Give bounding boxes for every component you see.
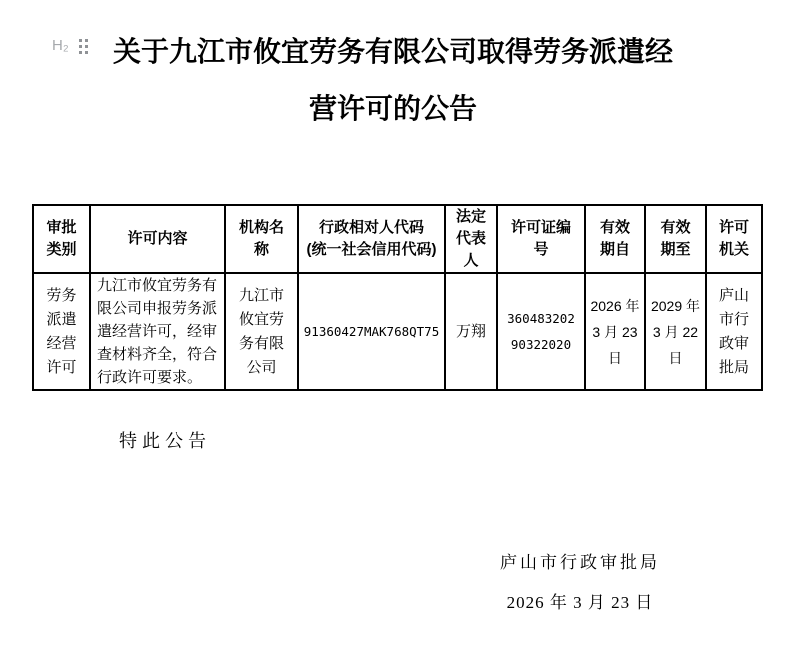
col-header-legal-representative: 法定代表人 (445, 205, 497, 273)
col-header-license-content: 许可内容 (90, 205, 225, 273)
signature-agency: 庐山市行政审批局 (455, 551, 705, 575)
cell-license-no: 36048320290322020 (497, 273, 585, 390)
table-row: 劳务派遣经营许可 九江市攸宜劳务有限公司申报劳务派遣经营许可，经审查材料齐全，符… (33, 273, 762, 390)
cell-valid-from: 2026 年 3 月 23 日 (585, 273, 645, 390)
table-header-row: 审批类别 许可内容 机构名称 行政相对人代码 (统一社会信用代码) 法定代表人 … (33, 205, 762, 273)
cell-org-name: 九江市攸宜劳务有限公司 (225, 273, 298, 390)
col-header-license-no: 许可证编号 (497, 205, 585, 273)
closing-statement: 特此公告 (119, 427, 211, 453)
cell-credit-code: 91360427MAK768QT75 (298, 273, 445, 390)
col-header-credit-code: 行政相对人代码 (统一社会信用代码) (298, 205, 445, 273)
license-table: 审批类别 许可内容 机构名称 行政相对人代码 (统一社会信用代码) 法定代表人 … (32, 204, 763, 391)
signature-date: 2026 年 3 月 23 日 (455, 591, 705, 615)
col-header-approval-category: 审批类别 (33, 205, 90, 273)
cell-valid-to: 2029 年 3 月 22 日 (645, 273, 706, 390)
cell-license-content: 九江市攸宜劳务有限公司申报劳务派遣经营许可，经审查材料齐全，符合行政许可要求。 (90, 273, 225, 390)
col-header-org-name: 机构名称 (225, 205, 298, 273)
announcement-title: 关于九江市攸宜劳务有限公司取得劳务派遣经 营许可的公告 (0, 24, 786, 138)
cell-legal-representative: 万翔 (445, 273, 497, 390)
document-canvas: { "editor": { "heading_label": "H₂", "ic… (0, 0, 786, 661)
cell-licensing-authority: 庐山市行政审批局 (706, 273, 762, 390)
col-header-licensing-authority: 许可机关 (706, 205, 762, 273)
cell-approval-category: 劳务派遣经营许可 (33, 273, 90, 390)
col-header-valid-from: 有效期自 (585, 205, 645, 273)
col-header-valid-to: 有效期至 (645, 205, 706, 273)
signature-block: 庐山市行政审批局 2026 年 3 月 23 日 (455, 551, 705, 615)
